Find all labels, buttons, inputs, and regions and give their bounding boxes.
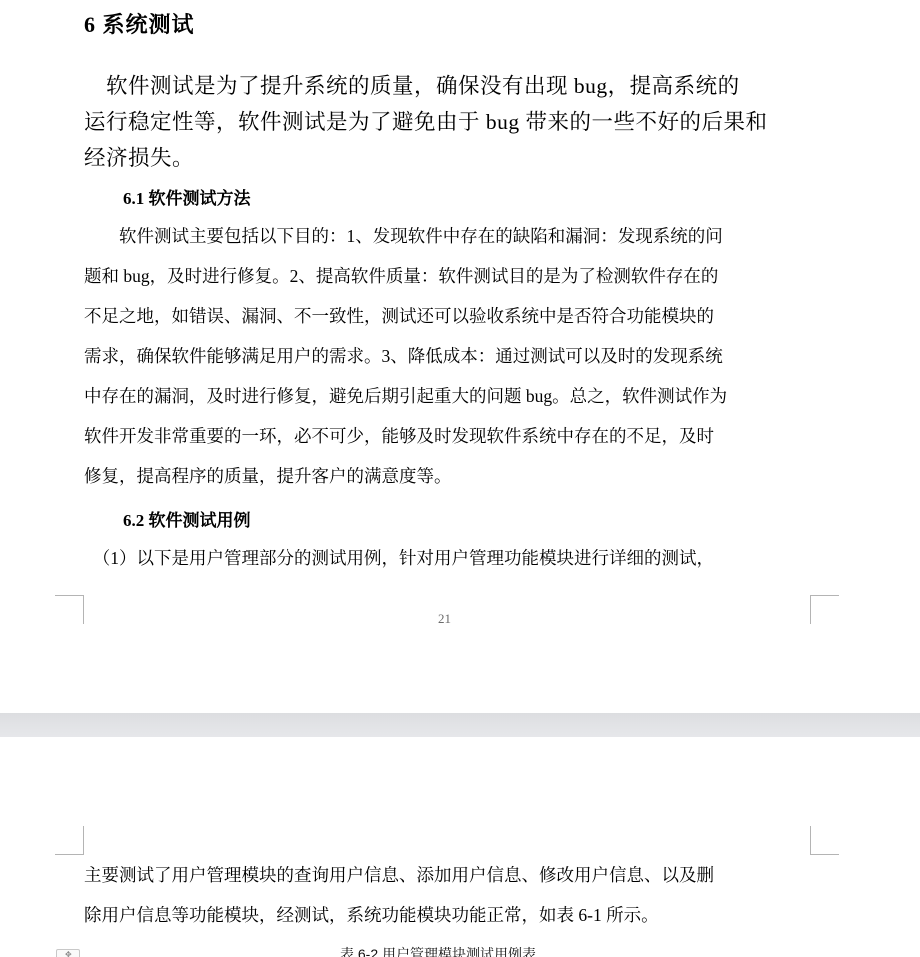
move-icon: ✥ — [65, 951, 72, 957]
page-separator — [0, 713, 920, 737]
page-2-paragraph: 主要测试了用户管理模块的查询用户信息、添加用户信息、修改用户信息、以及删 除用户… — [84, 855, 812, 935]
paragraph-line: 修复，提高程序的质量，提升客户的满意度等。 — [84, 456, 812, 496]
table-caption: 表 6-2 用户管理模块测试用例表 — [340, 944, 536, 957]
paragraph-line: 软件测试主要包括以下目的：1、发现软件中存在的缺陷和漏洞：发现系统的问 — [84, 216, 812, 256]
section-6-2-paragraph: （1）以下是用户管理部分的测试用例，针对用户管理功能模块进行详细的测试， — [84, 538, 812, 578]
page-number: 21 — [438, 611, 451, 627]
paragraph-line: 运行稳定性等，软件测试是为了避免由于 bug 带来的一些不好的后果和 — [84, 104, 812, 140]
crop-mark-bottom-left — [55, 595, 84, 624]
crop-mark-top-left — [55, 826, 84, 855]
paragraph-line: 经济损失。 — [84, 140, 812, 176]
paragraph-line: 除用户信息等功能模块，经测试，系统功能模块功能正常，如表 6-1 所示。 — [84, 895, 812, 935]
chapter-heading: 6 系统测试 — [84, 8, 195, 39]
paragraph-line: 题和 bug，及时进行修复。2、提高软件质量：软件测试目的是为了检测软件存在的 — [84, 256, 812, 296]
paragraph-line: 中存在的漏洞，及时进行修复，避免后期引起重大的问题 bug。总之，软件测试作为 — [84, 376, 812, 416]
section-heading-6-1: 6.1 软件测试方法 — [123, 184, 251, 209]
crop-mark-bottom-right — [810, 595, 839, 624]
section-6-1-paragraph: 软件测试主要包括以下目的：1、发现软件中存在的缺陷和漏洞：发现系统的问 题和 b… — [84, 216, 812, 496]
section-heading-6-2: 6.2 软件测试用例 — [123, 506, 251, 531]
paragraph-line: 软件测试是为了提升系统的质量，确保没有出现 bug，提高系统的 — [84, 68, 812, 104]
paragraph-line: 主要测试了用户管理模块的查询用户信息、添加用户信息、修改用户信息、以及删 — [84, 855, 812, 895]
table-move-handle[interactable]: ✥ — [56, 949, 80, 957]
paragraph-line: （1）以下是用户管理部分的测试用例，针对用户管理功能模块进行详细的测试， — [84, 538, 812, 578]
document-page-1: 6 系统测试 软件测试是为了提升系统的质量，确保没有出现 bug，提高系统的 运… — [0, 0, 920, 713]
paragraph-line: 需求，确保软件能够满足用户的需求。3、降低成本：通过测试可以及时的发现系统 — [84, 336, 812, 376]
paragraph-line: 软件开发非常重要的一环，必不可少，能够及时发现软件系统中存在的不足，及时 — [84, 416, 812, 456]
intro-paragraph: 软件测试是为了提升系统的质量，确保没有出现 bug，提高系统的 运行稳定性等，软… — [84, 68, 812, 176]
crop-mark-top-right — [810, 826, 839, 855]
paragraph-line: 不足之地，如错误、漏洞、不一致性，测试还可以验收系统中是否符合功能模块的 — [84, 296, 812, 336]
